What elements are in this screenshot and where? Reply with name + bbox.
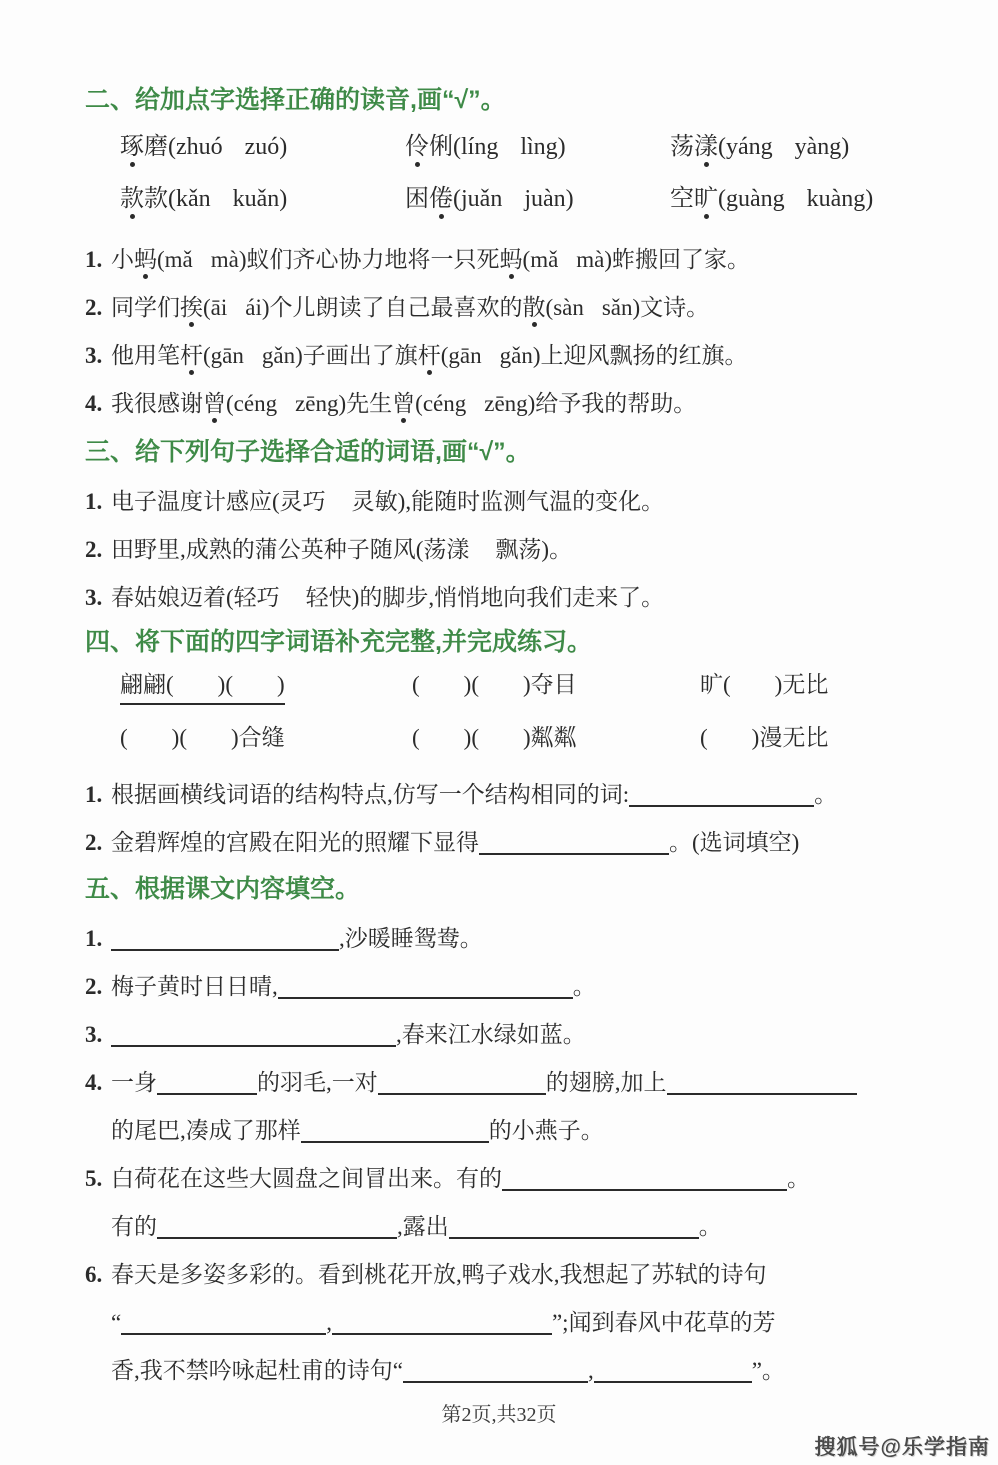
text-run: (gān bbox=[441, 343, 482, 368]
question-text: 根据画横线词语的结构特点,仿写一个结构相同的词:。 bbox=[111, 771, 950, 819]
text-run: 的羽毛,一对 bbox=[257, 1070, 378, 1095]
question-item: 5. 白荷花在这些大圆盘之间冒出来。有的。 有的,露出。 bbox=[85, 1155, 950, 1251]
fill-blank-line bbox=[157, 1233, 397, 1239]
worksheet-page: 二、给加点字选择正确的读音,画“√”。 琢磨(zhuózuó) 伶俐(língl… bbox=[0, 0, 998, 1465]
pinyin-word-entry: 困倦(juǎnjuàn) bbox=[405, 184, 670, 214]
question-item: 3. 春姑娘迈着(轻巧轻快)的脚步,悄悄地向我们走来了。 bbox=[85, 574, 950, 622]
question-text: ,沙暖睡鸳鸯。 bbox=[111, 915, 950, 963]
text-run: 。 bbox=[787, 1166, 810, 1191]
text-run: 香,我不禁吟咏起杜甫的诗句“ bbox=[111, 1358, 403, 1383]
text-run: 轻快)的脚步,悄悄地向我们走来了。 bbox=[306, 585, 664, 610]
text-run: 春姑娘迈着(轻巧 bbox=[111, 585, 280, 610]
text-run: 俐(líng bbox=[429, 134, 498, 160]
text-run: 春天是多姿多彩的。看到桃花开放,鸭子戏水,我想起了苏轼的诗句 bbox=[111, 1262, 767, 1287]
text-run: 的翅膀,加上 bbox=[546, 1070, 667, 1095]
fill-blank-line bbox=[479, 849, 669, 855]
text-run: (gān bbox=[203, 343, 244, 368]
text-run: (āi bbox=[203, 295, 227, 320]
section-heading: 四、将下面的四字词语补充完整,并完成练习。 bbox=[85, 626, 950, 658]
text-run: ”。 bbox=[752, 1358, 785, 1383]
section-word-choice: 三、给下列句子选择合适的词语,画“√”。 1. 电子温度计感应(灵巧灵敏),能随… bbox=[85, 436, 950, 622]
question-item: 1. 电子温度计感应(灵巧灵敏),能随时监测气温的变化。 bbox=[85, 478, 950, 526]
text-run: zēng)给予我的帮助。 bbox=[484, 391, 696, 416]
question-number: 4. bbox=[85, 380, 111, 428]
section-fill-in-blank: 五、根据课文内容填空。 1. ,沙暖睡鸳鸯。 2. 梅子黄时日日晴,。 3. ,… bbox=[85, 873, 950, 1395]
text-run: 。(选词填空) bbox=[669, 830, 799, 855]
phrase-text: ()漫无比 bbox=[700, 723, 828, 753]
text-run: )无比 bbox=[775, 672, 829, 697]
text-run: 的小燕子。 bbox=[489, 1118, 604, 1143]
text-run: )夺目 bbox=[523, 672, 577, 697]
publisher-watermark: 搜狐号@乐学指南 bbox=[815, 1431, 990, 1461]
text-run: 电子温度计感应(灵巧 bbox=[111, 489, 326, 514]
text-run: 。 bbox=[814, 782, 837, 807]
question-item: 3. 他用笔杆(gāngǎn)子画出了旗杆(gāngǎn)上迎风飘扬的红旗。 bbox=[85, 332, 950, 380]
text-run: )漫无比 bbox=[752, 725, 829, 750]
text-run: 翩翩( bbox=[120, 672, 174, 697]
text-run: ( bbox=[412, 672, 420, 697]
emphasis-dot-char: 杆 bbox=[180, 343, 203, 368]
question-text: 金碧辉煌的宫殿在阳光的照耀下显得。(选词填空) bbox=[111, 819, 950, 867]
pinyin-word-row: 琢磨(zhuózuó) 伶俐(línglìng) 荡漾(yángyàng) bbox=[120, 132, 950, 184]
phrase-text: 旷()无比 bbox=[700, 670, 828, 700]
section-four-char-phrases: 四、将下面的四字词语补充完整,并完成练习。 翩翩()() ()()夺目 旷()无… bbox=[85, 626, 950, 867]
text-run: 一身 bbox=[111, 1070, 157, 1095]
text-run: 他用笔 bbox=[111, 343, 180, 368]
section-heading: 二、给加点字选择正确的读音,画“√”。 bbox=[85, 84, 950, 116]
fill-blank-line bbox=[301, 1137, 489, 1143]
text-run: zuó) bbox=[245, 134, 288, 160]
question-number: 2. bbox=[85, 526, 111, 574]
emphasis-dot-char: 蚂 bbox=[500, 247, 523, 272]
question-item: 4. 我很感谢曾(céngzēng)先生曾(céngzēng)给予我的帮助。 bbox=[85, 380, 950, 428]
text-run: )( bbox=[172, 725, 187, 750]
text-run: 同学们 bbox=[111, 295, 180, 320]
phrase-text: ()()粼粼 bbox=[412, 723, 577, 753]
question-text: 春天是多姿多彩的。看到桃花开放,鸭子戏水,我想起了苏轼的诗句 bbox=[111, 1251, 950, 1299]
text-run: 款(kǎn bbox=[144, 186, 211, 212]
question-number: 6. bbox=[85, 1251, 111, 1395]
text-run: ( bbox=[412, 725, 420, 750]
text-run: (yáng bbox=[718, 134, 773, 160]
question-text: 香,我不禁吟咏起杜甫的诗句“,”。 bbox=[111, 1347, 950, 1395]
question-item: 2. 梅子黄时日日晴,。 bbox=[85, 963, 950, 1011]
pinyin-word-text: 伶俐(línglìng) bbox=[405, 132, 566, 162]
text-run: sǎn)文诗。 bbox=[602, 295, 709, 320]
question-number: 2. bbox=[85, 284, 111, 332]
text-run: 困 bbox=[405, 186, 429, 212]
text-run: ,沙暖睡鸳鸯。 bbox=[339, 926, 483, 951]
fill-blank-line bbox=[403, 1377, 588, 1383]
question-item: 2. 同学们挨(āiái)个儿朗读了自己最喜欢的散(sànsǎn)文诗。 bbox=[85, 284, 950, 332]
section-heading: 五、根据课文内容填空。 bbox=[85, 873, 950, 905]
text-run: gǎn)上迎风飘扬的红旗。 bbox=[500, 343, 748, 368]
pinyin-word-text: 款款(kǎnkuǎn) bbox=[120, 184, 287, 214]
question-item: 2. 金碧辉煌的宫殿在阳光的照耀下显得。(选词填空) bbox=[85, 819, 950, 867]
question-text: 我很感谢曾(céngzēng)先生曾(céngzēng)给予我的帮助。 bbox=[111, 380, 950, 428]
fill-blank-line bbox=[378, 1089, 546, 1095]
pinyin-word-entry: 琢磨(zhuózuó) bbox=[120, 132, 405, 162]
fill-blank-line bbox=[157, 1089, 257, 1095]
phrase-row: 翩翩()() ()()夺目 旷()无比 bbox=[120, 670, 950, 723]
question-text: 电子温度计感应(灵巧灵敏),能随时监测气温的变化。 bbox=[111, 478, 950, 526]
fill-blank-line bbox=[121, 1329, 326, 1335]
text-run: 磨(zhuó bbox=[144, 134, 223, 160]
text-run: mà)蚱搬回了家。 bbox=[576, 247, 750, 272]
pinyin-word-text: 荡漾(yángyàng) bbox=[670, 132, 849, 162]
text-run: 金碧辉煌的宫殿在阳光的照耀下显得 bbox=[111, 830, 479, 855]
text-run: 空 bbox=[670, 186, 694, 212]
pinyin-word-text: 琢磨(zhuózuó) bbox=[120, 132, 287, 162]
text-run: 飘荡)。 bbox=[495, 537, 572, 562]
pinyin-word-row: 款款(kǎnkuǎn) 困倦(juǎnjuàn) 空旷(guàngkuàng) bbox=[120, 184, 950, 236]
phrase-cell: 翩翩()() bbox=[120, 670, 412, 705]
question-number: 3. bbox=[85, 1011, 111, 1059]
text-run: 梅子黄时日日晴, bbox=[111, 974, 278, 999]
text-run: 的尾巴,凑成了那样 bbox=[111, 1118, 301, 1143]
text-run: “ bbox=[111, 1310, 121, 1335]
text-run: ,春来江水绿如蓝。 bbox=[396, 1022, 586, 1047]
text-run: gǎn)子画出了旗 bbox=[262, 343, 418, 368]
question-number: 1. bbox=[85, 771, 111, 819]
question-text: 春姑娘迈着(轻巧轻快)的脚步,悄悄地向我们走来了。 bbox=[111, 574, 950, 622]
phrase-text: ()()夺目 bbox=[412, 670, 577, 700]
fill-blank-line bbox=[332, 1329, 552, 1335]
text-run: yàng) bbox=[795, 134, 850, 160]
question-text: 小蚂(mǎmà)蚁们齐心协力地将一只死蚂(mǎmà)蚱搬回了家。 bbox=[111, 236, 950, 284]
pinyin-word-entry: 荡漾(yángyàng) bbox=[670, 132, 950, 162]
pinyin-word-entry: 伶俐(línglìng) bbox=[405, 132, 670, 162]
phrase-text: 翩翩()() bbox=[120, 670, 285, 705]
question-number: 2. bbox=[85, 819, 111, 867]
text-run: 。 bbox=[573, 974, 596, 999]
text-run: 小 bbox=[111, 247, 134, 272]
phrase-row: ()()合缝 ()()粼粼 ()漫无比 bbox=[120, 723, 950, 771]
fill-blank-line bbox=[449, 1233, 699, 1239]
text-run: ( bbox=[700, 725, 708, 750]
question-text: “,”;闻到春风中花草的芳 bbox=[111, 1299, 950, 1347]
fill-blank-line bbox=[629, 801, 814, 807]
question-text: 同学们挨(āiái)个儿朗读了自己最喜欢的散(sànsǎn)文诗。 bbox=[111, 284, 950, 332]
text-run: )( bbox=[464, 672, 479, 697]
text-run: 我很感谢 bbox=[111, 391, 203, 416]
text-run: ”;闻到春风中花草的芳 bbox=[552, 1310, 776, 1335]
question-text: 他用笔杆(gāngǎn)子画出了旗杆(gāngǎn)上迎风飘扬的红旗。 bbox=[111, 332, 950, 380]
emphasis-dot-char: 款 bbox=[120, 186, 144, 212]
text-run: 荡 bbox=[670, 134, 694, 160]
question-number: 5. bbox=[85, 1155, 111, 1251]
text-run: 有的 bbox=[111, 1214, 157, 1239]
text-run: (juǎn bbox=[453, 186, 502, 212]
text-run: 旷( bbox=[700, 672, 731, 697]
text-run: 灵敏),能随时监测气温的变化。 bbox=[352, 489, 664, 514]
text-run: (mǎ bbox=[523, 247, 559, 272]
emphasis-dot-char: 蚂 bbox=[134, 247, 157, 272]
text-run: )( bbox=[218, 672, 233, 697]
question-text: 有的,露出。 bbox=[111, 1203, 950, 1251]
pinyin-word-entry: 款款(kǎnkuǎn) bbox=[120, 184, 405, 214]
text-run: )合缝 bbox=[231, 725, 285, 750]
question-item: 4. 一身的羽毛,一对的翅膀,加上 的尾巴,凑成了那样的小燕子。 bbox=[85, 1059, 950, 1155]
emphasis-dot-char: 杆 bbox=[418, 343, 441, 368]
emphasis-dot-char: 倦 bbox=[429, 186, 453, 212]
text-run: )粼粼 bbox=[523, 725, 577, 750]
text-run: kuǎn) bbox=[233, 186, 288, 212]
emphasis-dot-char: 旷 bbox=[694, 186, 718, 212]
text-run: )( bbox=[464, 725, 479, 750]
question-text: 的尾巴,凑成了那样的小燕子。 bbox=[111, 1107, 950, 1155]
text-run: ,露出 bbox=[397, 1214, 449, 1239]
text-run: juàn) bbox=[524, 186, 573, 212]
question-text: 白荷花在这些大圆盘之间冒出来。有的。 bbox=[111, 1155, 950, 1203]
fill-blank-line bbox=[594, 1377, 752, 1383]
question-text: 梅子黄时日日晴,。 bbox=[111, 963, 950, 1011]
text-run: (mǎ bbox=[157, 247, 193, 272]
section-heading: 三、给下列句子选择合适的词语,画“√”。 bbox=[85, 436, 950, 468]
emphasis-dot-char: 琢 bbox=[120, 134, 144, 160]
phrase-cell: ()()夺目 bbox=[412, 670, 700, 705]
question-item: 3. ,春来江水绿如蓝。 bbox=[85, 1011, 950, 1059]
text-run: zēng)先生 bbox=[295, 391, 392, 416]
question-text: 田野里,成熟的蒲公英种子随风(荡漾飘荡)。 bbox=[111, 526, 950, 574]
phrase-cell: 旷()无比 bbox=[700, 670, 950, 705]
text-run: 田野里,成熟的蒲公英种子随风(荡漾 bbox=[111, 537, 469, 562]
fill-blank-line bbox=[502, 1185, 787, 1191]
question-item: 2. 田野里,成熟的蒲公英种子随风(荡漾飘荡)。 bbox=[85, 526, 950, 574]
text-run: (céng bbox=[226, 391, 277, 416]
text-run: ái)个儿朗读了自己最喜欢的 bbox=[245, 295, 522, 320]
question-item: 1. ,沙暖睡鸳鸯。 bbox=[85, 915, 950, 963]
phrase-cell: ()()粼粼 bbox=[412, 723, 700, 753]
phrase-text: ()()合缝 bbox=[120, 723, 285, 753]
section-pronunciation: 二、给加点字选择正确的读音,画“√”。 琢磨(zhuózuó) 伶俐(língl… bbox=[85, 84, 950, 428]
phrase-cell: ()()合缝 bbox=[120, 723, 412, 753]
text-run: 根据画横线词语的结构特点,仿写一个结构相同的词: bbox=[111, 782, 629, 807]
question-item: 1. 根据画横线词语的结构特点,仿写一个结构相同的词:。 bbox=[85, 771, 950, 819]
text-run: (guàng bbox=[718, 186, 785, 212]
question-number: 3. bbox=[85, 574, 111, 622]
question-number: 1. bbox=[85, 236, 111, 284]
emphasis-dot-char: 曾 bbox=[203, 391, 226, 416]
emphasis-dot-char: 散 bbox=[523, 295, 546, 320]
text-run: mà)蚁们齐心协力地将一只死 bbox=[211, 247, 500, 272]
question-number: 3. bbox=[85, 332, 111, 380]
question-number: 1. bbox=[85, 915, 111, 963]
question-text: ,春来江水绿如蓝。 bbox=[111, 1011, 950, 1059]
fill-blank-line bbox=[111, 945, 339, 951]
text-run: (sàn bbox=[546, 295, 584, 320]
emphasis-dot-char: 挨 bbox=[180, 295, 203, 320]
question-item: 6. 春天是多姿多彩的。看到桃花开放,鸭子戏水,我想起了苏轼的诗句 “,”;闻到… bbox=[85, 1251, 950, 1395]
worksheet-content: 二、给加点字选择正确的读音,画“√”。 琢磨(zhuózuó) 伶俐(língl… bbox=[0, 0, 998, 1395]
question-item: 1. 小蚂(mǎmà)蚁们齐心协力地将一只死蚂(mǎmà)蚱搬回了家。 bbox=[85, 236, 950, 284]
fill-blank-line bbox=[278, 993, 573, 999]
text-run: (céng bbox=[415, 391, 466, 416]
emphasis-dot-char: 曾 bbox=[392, 391, 415, 416]
pinyin-word-entry: 空旷(guàngkuàng) bbox=[670, 184, 950, 214]
pinyin-word-text: 空旷(guàngkuàng) bbox=[670, 184, 873, 214]
text-run: ( bbox=[120, 725, 128, 750]
question-number: 2. bbox=[85, 963, 111, 1011]
question-number: 1. bbox=[85, 478, 111, 526]
emphasis-dot-char: 伶 bbox=[405, 134, 429, 160]
emphasis-dot-char: 漾 bbox=[694, 134, 718, 160]
page-number: 第2页,共32页 bbox=[0, 1398, 998, 1427]
text-run: 白荷花在这些大圆盘之间冒出来。有的 bbox=[111, 1166, 502, 1191]
question-text: 一身的羽毛,一对的翅膀,加上 bbox=[111, 1059, 950, 1107]
pinyin-word-text: 困倦(juǎnjuàn) bbox=[405, 184, 574, 214]
fill-blank-line bbox=[111, 1041, 396, 1047]
phrase-cell: ()漫无比 bbox=[700, 723, 950, 753]
text-run: lìng) bbox=[520, 134, 565, 160]
fill-blank-line bbox=[667, 1089, 857, 1095]
text-run: 。 bbox=[699, 1214, 722, 1239]
text-run: kuàng) bbox=[807, 186, 874, 212]
text-run: ) bbox=[277, 672, 285, 697]
question-number: 4. bbox=[85, 1059, 111, 1155]
